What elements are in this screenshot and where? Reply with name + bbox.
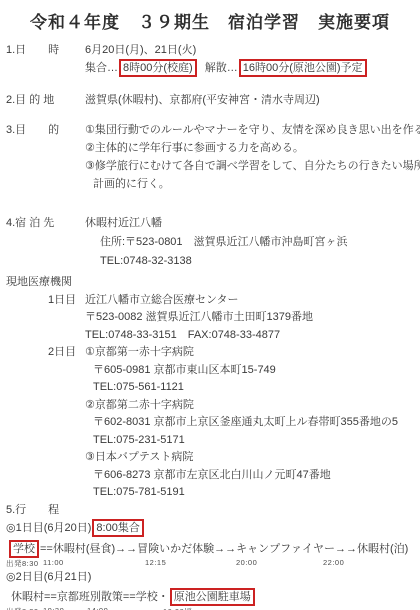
day2-times: 出発8:30 10:30 14:00 16:00頃 (6, 606, 414, 610)
section-datetime: 1.日 時 6月20日(月)、21日(火) (6, 41, 414, 59)
day1-time-3: 12:15 (145, 558, 166, 567)
hospital-1-tel: TEL:075-561-1121 (85, 379, 414, 397)
medical-day1-label: 1日目 (48, 292, 85, 310)
hospital-1-address: 〒605-0981 京都市東山区本町15-749 (85, 362, 414, 380)
meet-prefix: 集合… (85, 62, 118, 74)
purpose-item-3-cont: 計画的に行く。 (85, 175, 414, 193)
section-destination: 2.目 的 地 滋賀県(休暇村)、京都府(平安神宮・清水寺周辺) (6, 91, 414, 109)
document-title: 令和４年度 ３９期生 宿泊学習 実施要項 (6, 8, 414, 33)
destination-label: 2.目 的 地 (6, 91, 85, 109)
day1-time-1: 出発8:30 (6, 558, 39, 569)
hospital-2-tel: TEL:075-231-5171 (85, 432, 414, 450)
day2-time-3: 14:00 (87, 606, 108, 610)
medical-day1-address: 〒523-0082 滋賀県近江八幡市土田町1379番地 (85, 309, 414, 327)
document-page: 令和４年度 ３９期生 宿泊学習 実施要項 1.日 時 6月20日(月)、21日(… (0, 0, 420, 610)
itinerary-day1-route: 学校==休暇村(昼食)→→冒険いかだ体験→→キャンプファイヤー→→休暇村(泊) (6, 540, 414, 558)
purpose-label: 3.目 的 (6, 121, 85, 139)
day1-time-2: 11:00 (43, 558, 64, 567)
itinerary-day1-heading: ◎1日目(6月20日)8:00集合 (6, 519, 414, 538)
day2-time-1: 出発8:30 (6, 606, 39, 610)
purpose-item-3: ③修学旅行にむけて各自で調べ学習をして、自分たちの行きたい場所へ (85, 157, 420, 175)
hospital-3-tel: TEL:075-781-5191 (85, 484, 414, 502)
section-lodging: 4.宿 泊 先 休暇村近江八幡 (6, 214, 414, 233)
dismiss-time-highlight: 16時00分(原池公園)予定 (239, 59, 367, 77)
lodging-tel: TEL:0748-32-3138 (85, 252, 414, 271)
medical-heading: 現地医療機関 (6, 274, 414, 292)
day1-time-5: 22:00 (323, 558, 344, 567)
itinerary-label: 5.行 程 (6, 502, 414, 520)
purpose-item-2: ②主体的に学年行事に参画する力を高める。 (85, 139, 414, 157)
hospital-1-name: ①京都第一赤十字病院 (85, 344, 414, 362)
hospital-2-address: 〒602-8031 京都市上京区釜座通丸太町上ル春帯町355番地の5 (85, 414, 414, 432)
day1-times: 出発8:30 11:00 12:15 20:00 22:00 (6, 558, 414, 569)
lodging-address: 住所:〒523-0801 滋賀県近江八幡市沖島町宮ヶ浜 (85, 233, 414, 252)
hospital-3-name: ③日本バプテスト病院 (85, 449, 414, 467)
medical-day2: 2日目 ①京都第一赤十字病院 (6, 344, 414, 362)
itinerary-day2-heading: ◎2日目(6月21日) (6, 569, 414, 587)
medical-day2-label: 2日目 (48, 344, 85, 362)
dismiss-prefix: 解散… (205, 62, 238, 74)
day1-time-4: 20:00 (236, 558, 257, 567)
section-purpose: 3.目 的 ①集団行動でのルールやマナーを守り、友情を深め良き思い出を作る。 (6, 121, 414, 139)
day1-route-text: ==休暇村(昼食)→→冒険いかだ体験→→キャンプファイヤー→→休暇村(泊) (40, 543, 408, 555)
day2-route-text: 休暇村==京都班別散策==学校・ (11, 591, 169, 603)
day1-school-highlight: 学校 (9, 540, 39, 558)
day2-time-2: 10:30 (43, 606, 64, 610)
day2-park-highlight: 原池公園駐車場 (170, 588, 255, 606)
lodging-name: 休暇村近江八幡 (85, 214, 414, 233)
itinerary-day2-route: 休暇村==京都班別散策==学校・原池公園駐車場 (6, 588, 414, 606)
lodging-label: 4.宿 泊 先 (6, 214, 85, 233)
day1-heading-text: ◎1日目(6月20日) (6, 522, 91, 534)
medical-day1-tel: TEL:0748-33-3151 FAX:0748-33-4877 (85, 327, 414, 345)
day1-meet-highlight: 8:00集合 (92, 519, 143, 537)
medical-day1-name: 近江八幡市立総合医療センター (85, 292, 414, 310)
day2-time-4: 16:00頃 (163, 606, 192, 610)
hospital-2-name: ②京都第二赤十字病院 (85, 397, 414, 415)
purpose-item-1: ①集団行動でのルールやマナーを守り、友情を深め良き思い出を作る。 (85, 121, 420, 139)
datetime-label: 1.日 時 (6, 41, 85, 59)
meet-time-highlight: 8時00分(校庭) (119, 59, 197, 77)
datetime-meet-row: 集合…8時00分(校庭) 解散…16時00分(原池公園)予定 (6, 59, 414, 77)
hospital-3-address: 〒606-8273 京都市左京区北白川山ノ元町47番地 (85, 467, 414, 485)
medical-day1: 1日目 近江八幡市立総合医療センター (6, 292, 414, 310)
destination-text: 滋賀県(休暇村)、京都府(平安神宮・清水寺周辺) (85, 91, 414, 109)
datetime-dates: 6月20日(月)、21日(火) (85, 41, 414, 59)
